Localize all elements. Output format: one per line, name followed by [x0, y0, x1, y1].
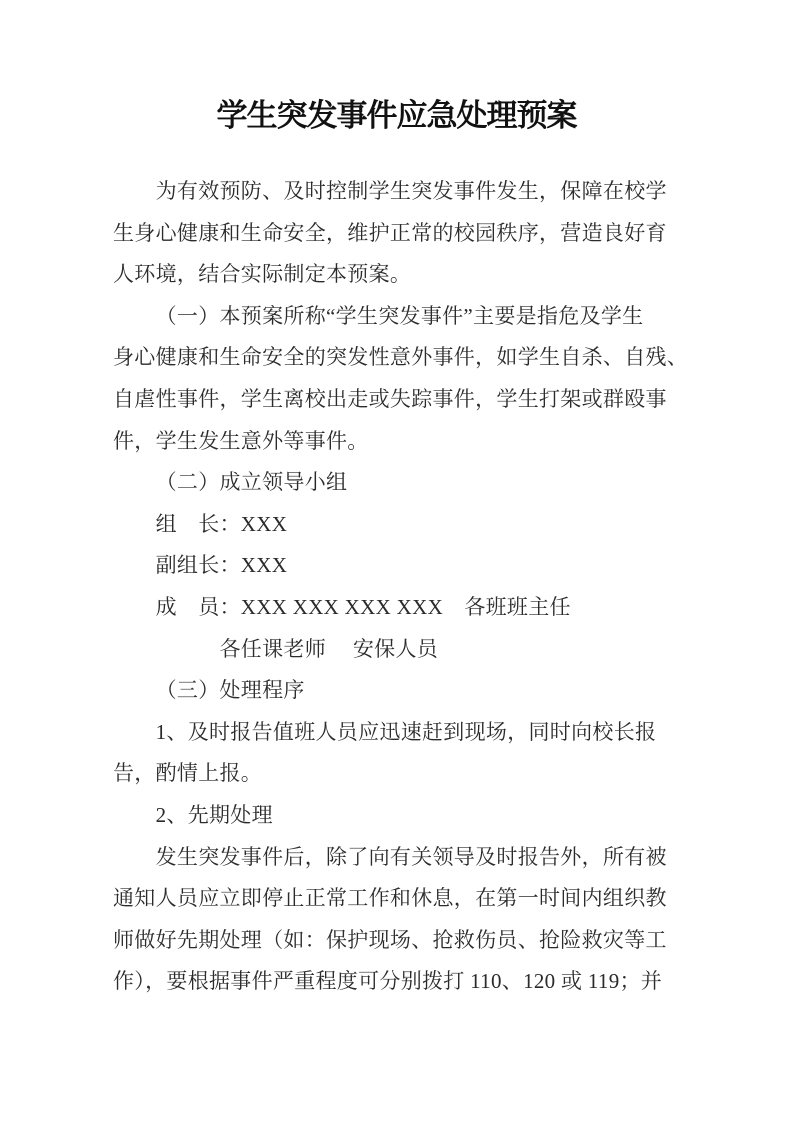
- text-line: 发生突发事件后，除了向有关领导及时报告外，所有被: [113, 837, 697, 879]
- text-line: 身心健康和生命安全的突发性意外事件，如学生自杀、自残、: [113, 337, 697, 379]
- text-line: 成 员：XXX XXX XXX XXX 各班班主任: [113, 587, 697, 629]
- text-line: 作），要根据事件严重程度可分别拨打 110、120 或 119；并: [113, 961, 697, 1003]
- document-title: 学生突发事件应急处理预案: [0, 90, 793, 135]
- text-line: 师做好先期处理（如：保护现场、抢救伤员、抢险救灾等工: [113, 920, 697, 962]
- text-line: 人环境，结合实际制定本预案。: [113, 254, 697, 296]
- document-body: 为有效预防、及时控制学生突发事件发生，保障在校学生身心健康和生命安全，维护正常的…: [113, 171, 697, 1003]
- text-line: 为有效预防、及时控制学生突发事件发生，保障在校学: [113, 171, 697, 213]
- text-line: 1、及时报告值班人员应迅速赶到现场，同时向校长报: [113, 712, 697, 754]
- text-line: （三）处理程序: [113, 670, 697, 712]
- text-line: （二）成立领导小组: [113, 462, 697, 504]
- text-line: 各任课老师 安保人员: [113, 629, 697, 671]
- text-line: 生身心健康和生命安全，维护正常的校园秩序，营造良好育: [113, 213, 697, 255]
- text-line: 2、先期处理: [113, 795, 697, 837]
- text-line: （一）本预案所称“学生突发事件”主要是指危及学生: [113, 296, 697, 338]
- document-page: 学生突发事件应急处理预案 为有效预防、及时控制学生突发事件发生，保障在校学生身心…: [0, 0, 793, 1122]
- text-line: 告，酌情上报。: [113, 753, 697, 795]
- text-line: 通知人员应立即停止正常工作和休息，在第一时间内组织教: [113, 878, 697, 920]
- text-line: 件，学生发生意外等事件。: [113, 421, 697, 463]
- text-line: 自虐性事件，学生离校出走或失踪事件，学生打架或群殴事: [113, 379, 697, 421]
- text-line: 副组长：XXX: [113, 545, 697, 587]
- text-line: 组 长：XXX: [113, 504, 697, 546]
